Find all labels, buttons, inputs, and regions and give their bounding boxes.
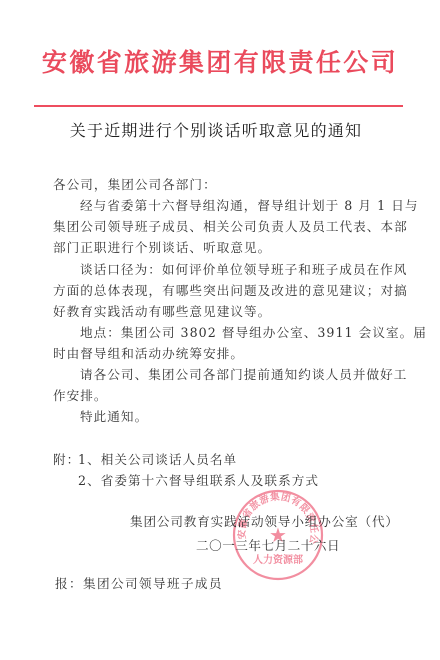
- attachment-item: 1、相关公司谈话人员名单: [78, 449, 237, 470]
- issuer-signature: 集团公司教育实践活动领导小组办公室（代）: [130, 511, 399, 532]
- closing-line: 特此通知。: [80, 406, 148, 427]
- body-line: 经与省委第十六督导组沟通，督导组计划于 8 月 1 日与: [80, 195, 419, 216]
- body-line: 时由督导组和活动办统筹安排。: [53, 343, 244, 364]
- attachments-label: 附：: [53, 449, 80, 470]
- notice-title: 关于近期进行个别谈话听取意见的通知: [0, 120, 432, 142]
- body-line: 地点：集团公司 3802 督导组办公室、3911 会议室。届: [80, 322, 427, 343]
- org-letterhead-title: 安徽省旅游集团有限责任公司: [0, 46, 440, 80]
- body-line: 好教育实践活动有哪些意见建议等。: [53, 301, 271, 322]
- body-line: 方面的总体表现，有哪些突出问题及改进的意见建议；对搞: [53, 280, 408, 301]
- body-line: 集团公司领导班子成员、相关公司负责人及员工代表、本部: [53, 216, 408, 237]
- body-line: 谈话口径为：如何评价单位领导班子和班子成员在作风: [80, 259, 407, 280]
- body-line: 作安排。: [53, 385, 108, 406]
- letterhead-red-rule: [34, 105, 403, 107]
- report-to-line: 报：集团公司领导班子成员: [55, 573, 223, 594]
- salutation: 各公司，集团公司各部门：: [53, 174, 217, 195]
- issue-date: 二〇一三年七月二十六日: [196, 535, 340, 556]
- attachment-item: 2、省委第十六督导组联系人及联系方式: [78, 470, 319, 491]
- body-line: 部门正职进行个别谈话、听取意见。: [53, 237, 271, 258]
- body-line: 请各公司、集团公司各部门提前通知约谈人员并做好工: [80, 364, 407, 385]
